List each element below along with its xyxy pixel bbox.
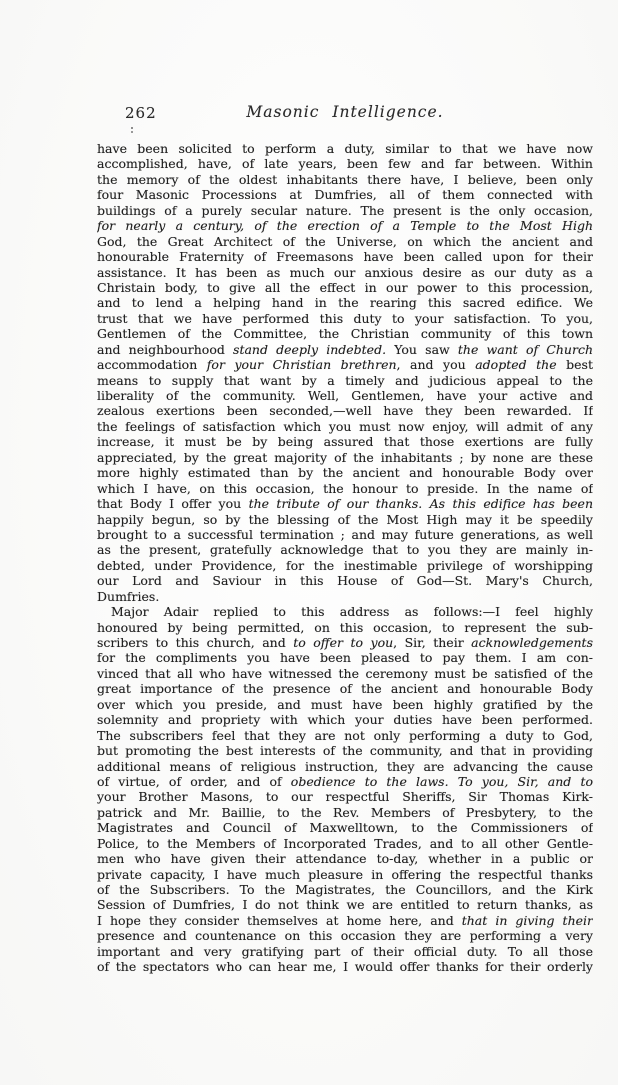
text-line: solemnity and propriety with which your … bbox=[97, 712, 593, 727]
text-line: important and very gratifying part of th… bbox=[97, 944, 593, 959]
text-line: that Body I offer you the tribute of our… bbox=[97, 496, 593, 511]
text-line: the memory of the oldest inhabitants the… bbox=[97, 172, 593, 187]
text-line: appreciated, by the great majority of th… bbox=[97, 450, 593, 465]
text-line: four Masonic Processions at Dumfries, al… bbox=[97, 187, 593, 202]
text-line: presence and countenance on this occasio… bbox=[97, 928, 593, 943]
text-line: for nearly a century, of the erection of… bbox=[97, 218, 593, 233]
text-line: private capacity, I have much pleasure i… bbox=[97, 867, 593, 882]
text-line: vinced that all who have witnessed the c… bbox=[97, 666, 593, 681]
text-line: Dumfries. bbox=[97, 589, 593, 604]
text-line: increase, it must be by being assured th… bbox=[97, 434, 593, 449]
text-line: the feelings of satisfaction which you m… bbox=[97, 419, 593, 434]
paragraph: have been solicited to perform a duty, s… bbox=[97, 141, 593, 604]
text-line: Police, to the Members of Incorporated T… bbox=[97, 836, 593, 851]
scan-artifact bbox=[131, 127, 133, 129]
text-line: but promoting the best interests of the … bbox=[97, 743, 593, 758]
text-line: for the compliments you have been please… bbox=[97, 650, 593, 665]
text-line: assistance. It has been as much our anxi… bbox=[97, 265, 593, 280]
text-line: which I have, on this occasion, the hono… bbox=[97, 481, 593, 496]
text-line: happily begun, so by the blessing of the… bbox=[97, 512, 593, 527]
text-line: of the spectators who can hear me, I wou… bbox=[97, 959, 593, 974]
text-line: more highly estimated than by the ancien… bbox=[97, 465, 593, 480]
running-header-title: Masonic Intelligence. bbox=[97, 103, 593, 121]
text-line: Christain body, to give all the effect i… bbox=[97, 280, 593, 295]
paragraph: Major Adair replied to this address as f… bbox=[97, 604, 593, 975]
text-line: of the Subscribers. To the Magistrates, … bbox=[97, 882, 593, 897]
text-line: trust that we have performed this duty t… bbox=[97, 311, 593, 326]
text-line: accomplished, have, of late years, been … bbox=[97, 156, 593, 171]
text-line: God, the Great Architect of the Universe… bbox=[97, 234, 593, 249]
text-line: our Lord and Saviour in this House of Go… bbox=[97, 573, 593, 588]
text-block: have been solicited to perform a duty, s… bbox=[97, 141, 593, 975]
text-line: additional means of religious instructio… bbox=[97, 759, 593, 774]
text-line: great importance of the presence of the … bbox=[97, 681, 593, 696]
text-line: Session of Dumfries, I do not think we a… bbox=[97, 897, 593, 912]
text-line: buildings of a purely secular nature. Th… bbox=[97, 203, 593, 218]
text-line: patrick and Mr. Baillie, to the Rev. Mem… bbox=[97, 805, 593, 820]
text-line: your Brother Masons, to our respectful S… bbox=[97, 789, 593, 804]
document-page: 262 Masonic Intelligence. have been soli… bbox=[0, 0, 618, 1085]
text-line: honoured by being permitted, on this occ… bbox=[97, 620, 593, 635]
text-line: over which you preside, and must have be… bbox=[97, 697, 593, 712]
text-line: and to lend a helping hand in the rearin… bbox=[97, 295, 593, 310]
text-line: I hope they consider themselves at home … bbox=[97, 913, 593, 928]
page-header: 262 Masonic Intelligence. bbox=[97, 103, 593, 125]
text-line: honourable Fraternity of Freemasons have… bbox=[97, 249, 593, 264]
text-line: and neighbourhood stand deeply indebted.… bbox=[97, 342, 593, 357]
text-line: as the present, gratefully acknowledge t… bbox=[97, 542, 593, 557]
text-line: means to supply that want by a timely an… bbox=[97, 373, 593, 388]
text-line: have been solicited to perform a duty, s… bbox=[97, 141, 593, 156]
text-line: debted, under Providence, for the inesti… bbox=[97, 558, 593, 573]
text-line: men who have given their attendance to-d… bbox=[97, 851, 593, 866]
text-line: scribers to this church, and to offer to… bbox=[97, 635, 593, 650]
text-line: The subscribers feel that they are not o… bbox=[97, 728, 593, 743]
text-line: liberality of the community. Well, Gentl… bbox=[97, 388, 593, 403]
text-line: brought to a successful termination ; an… bbox=[97, 527, 593, 542]
text-line: Gentlemen of the Committee, the Christia… bbox=[97, 326, 593, 341]
text-line: Magistrates and Council of Maxwelltown, … bbox=[97, 820, 593, 835]
page-number: 262 bbox=[125, 104, 157, 122]
text-line: Major Adair replied to this address as f… bbox=[97, 604, 593, 619]
text-line: of virtue, of order, and of obedience to… bbox=[97, 774, 593, 789]
text-line: accommodation for your Christian brethre… bbox=[97, 357, 593, 372]
text-line: zealous exertions been seconded,—well ha… bbox=[97, 403, 593, 418]
